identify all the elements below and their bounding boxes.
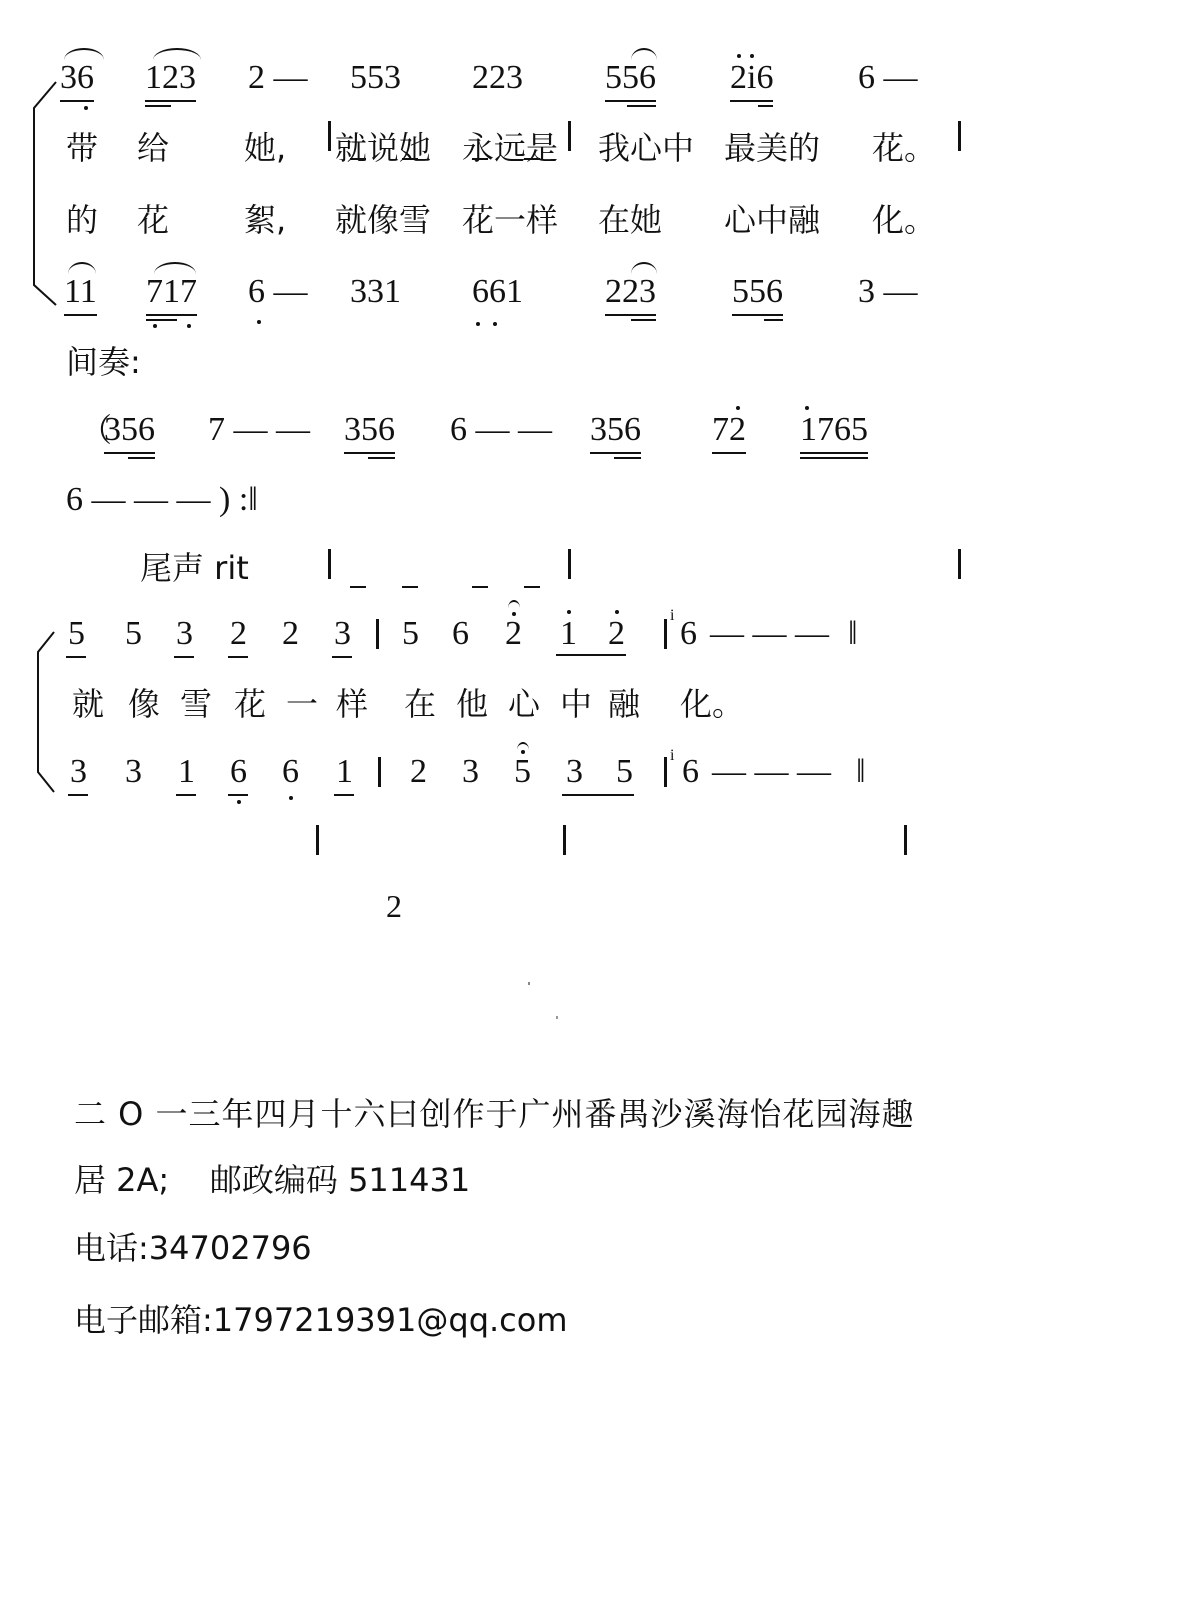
barline (568, 121, 571, 151)
barline (376, 619, 379, 649)
note-half: 6 — (858, 58, 918, 98)
footer-phone: 电话:34702796 (74, 1228, 312, 1268)
note-group: 36 (60, 58, 94, 98)
interlude-line-1: （ 356 7 — — 356 6 — — 356 72 1765 (0, 410, 1200, 470)
barline (568, 549, 571, 579)
melody-row-upper: 36 123 2 — 553 223 556 2i6 6 — (0, 58, 1200, 118)
note-half: 3 — (858, 272, 918, 312)
lyric-word: 花一样 (462, 200, 558, 240)
lyric-word: 带 (66, 128, 98, 168)
grace-note: i (670, 748, 674, 764)
note-group: 11 (64, 272, 97, 312)
lyric-word: 心中融 (724, 200, 820, 240)
lyric-word: 她, (244, 128, 286, 168)
lyric-word: 最美的 (724, 128, 820, 168)
lyric-word: 给 (137, 128, 169, 168)
barline (378, 757, 381, 787)
lyric-word: 的 (66, 200, 98, 240)
melody-row-lower: 11 717 6 — 331 661 223 556 3 — (0, 272, 1200, 332)
lyric-word: 就像雪 (335, 200, 431, 240)
note-group: 223 (605, 272, 656, 312)
coda-label: 尾声 rit (140, 548, 249, 588)
interlude-line-2: 6 — — — ) :‖ (66, 480, 258, 520)
note-group: 72 (712, 410, 746, 450)
footer-email: 电子邮箱:1797219391@qq.com (74, 1300, 568, 1340)
note-group: 356 (590, 410, 641, 450)
coda-melody-upper: 5 5 3 2 2 3 5 6 2 1 2 i 6 — — — ‖ (0, 614, 1200, 674)
lyric-word: 花 (137, 200, 169, 240)
coda-melody-lower: 3 3 1 6 6 1 2 3 5 3 5 i 6 — — — ‖ (0, 752, 1200, 812)
note-group: 717 (146, 272, 197, 312)
lyric-word: 花。 (872, 128, 936, 168)
note-group: 1765 (800, 410, 868, 450)
page-number: 2 (386, 886, 402, 926)
barline (664, 619, 667, 649)
barline (958, 549, 961, 579)
note-group: 356 (104, 410, 155, 450)
lyric-word: 我心中 (598, 128, 694, 168)
note-group: 556 (732, 272, 783, 312)
note-group: 123 (145, 58, 196, 98)
note-whole: 6 — — (450, 410, 552, 450)
grace-note: i (670, 608, 674, 624)
barline (563, 825, 566, 855)
footer-postcode: 居 2A; 邮政编码 511431 (74, 1160, 470, 1200)
note-group: 661 (472, 272, 523, 312)
note-half: 2 — (248, 58, 308, 98)
barline (904, 825, 907, 855)
barline (328, 549, 331, 579)
lyric-word: 在她 (598, 200, 662, 240)
barline (328, 121, 331, 151)
lyric-word: 就说她 (335, 128, 431, 168)
note-group: 2i6 (730, 58, 773, 98)
barline (664, 757, 667, 787)
barline (316, 825, 319, 855)
footer-date-address: 二 O 一三年四月十六曰创作于广州番禺沙溪海怡花园海趣 (74, 1094, 915, 1134)
lyric-word: 永远是 (462, 128, 558, 168)
note-whole: 7 — — (208, 410, 310, 450)
lyric-word: 化。 (872, 200, 936, 240)
fermata-icon (517, 742, 529, 750)
interlude-label: 间奏: (66, 340, 141, 384)
barline (958, 121, 961, 151)
note-group: 356 (344, 410, 395, 450)
note-group: 331 (350, 272, 401, 312)
note-group: 553 (350, 58, 401, 98)
scan-speck (556, 1016, 558, 1019)
fermata-icon (508, 600, 520, 608)
note-group: 556 (605, 58, 656, 98)
note-half: 6 — (248, 272, 308, 312)
note-group: 223 (472, 58, 523, 98)
lyric-word: 絮, (244, 200, 286, 240)
scan-speck (528, 982, 530, 985)
